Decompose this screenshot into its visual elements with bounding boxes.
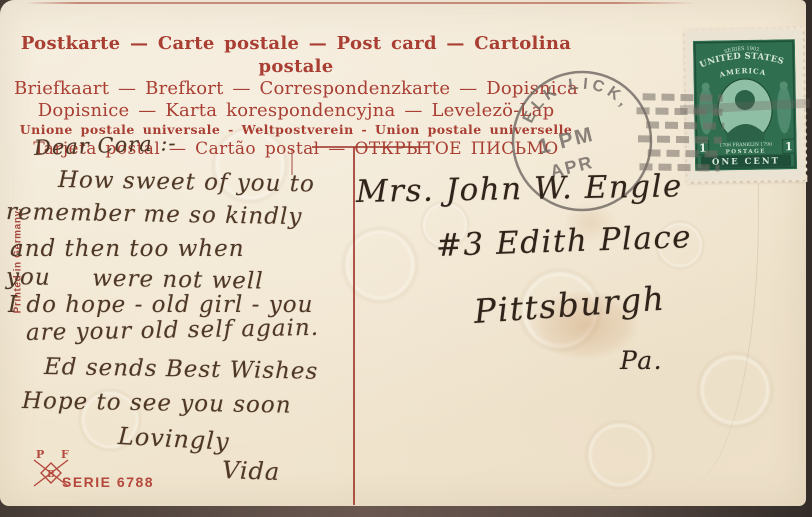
svg-text:ELK LICK,: ELK LICK, [520,75,634,126]
scanner-background: Postkarte — Carte postale — Post card — … [0,0,812,517]
publisher-letter-b: B [47,470,55,480]
divider-crossbar-rule [312,146,428,148]
postmark-town: ELK LICK, [520,75,634,126]
message-line: you were not well [6,264,264,294]
stamp-postage-text: POSTAGE [726,149,766,156]
message-line: How sweet of you to [58,167,315,197]
stamp-denomination-right: 1 [785,140,793,153]
message-line: Dear Cora :- [34,131,177,160]
publisher-letter-f: F [61,448,69,461]
stamp-perforation [683,25,805,33]
header-line-briefkaart: Briefkaart — Brefkort — Correspondenzkar… [10,78,582,100]
header-line-dopisnice: Dopisnice — Karta korespondencyjna — Lev… [10,100,582,121]
message-signature: Vida [222,456,281,486]
divider-vertical-rule [353,147,355,505]
header-line-postkarte: Postkarte — Carte postale — Post card — … [10,32,582,78]
series-number: SERIE 6788 [62,474,154,490]
message-line: and then too when [10,236,245,262]
address-state: Pa. [620,346,663,375]
emboss-mark [325,210,435,320]
publisher-letter-p: P [36,448,44,461]
message-signoff: Lovingly [117,422,230,456]
message-line: I do hope - old girl - you [8,292,313,318]
message-line: remember me so kindly [6,199,303,230]
address-recipient: Mrs. John W. Engle [356,168,683,210]
postcard-back: Postkarte — Carte postale — Post card — … [0,0,806,506]
top-border-rule [24,2,696,4]
message-line: Ed sends Best Wishes [44,354,319,385]
message-line: are your old self again. [26,315,319,346]
message-line: Hope to see you soon [22,388,292,419]
